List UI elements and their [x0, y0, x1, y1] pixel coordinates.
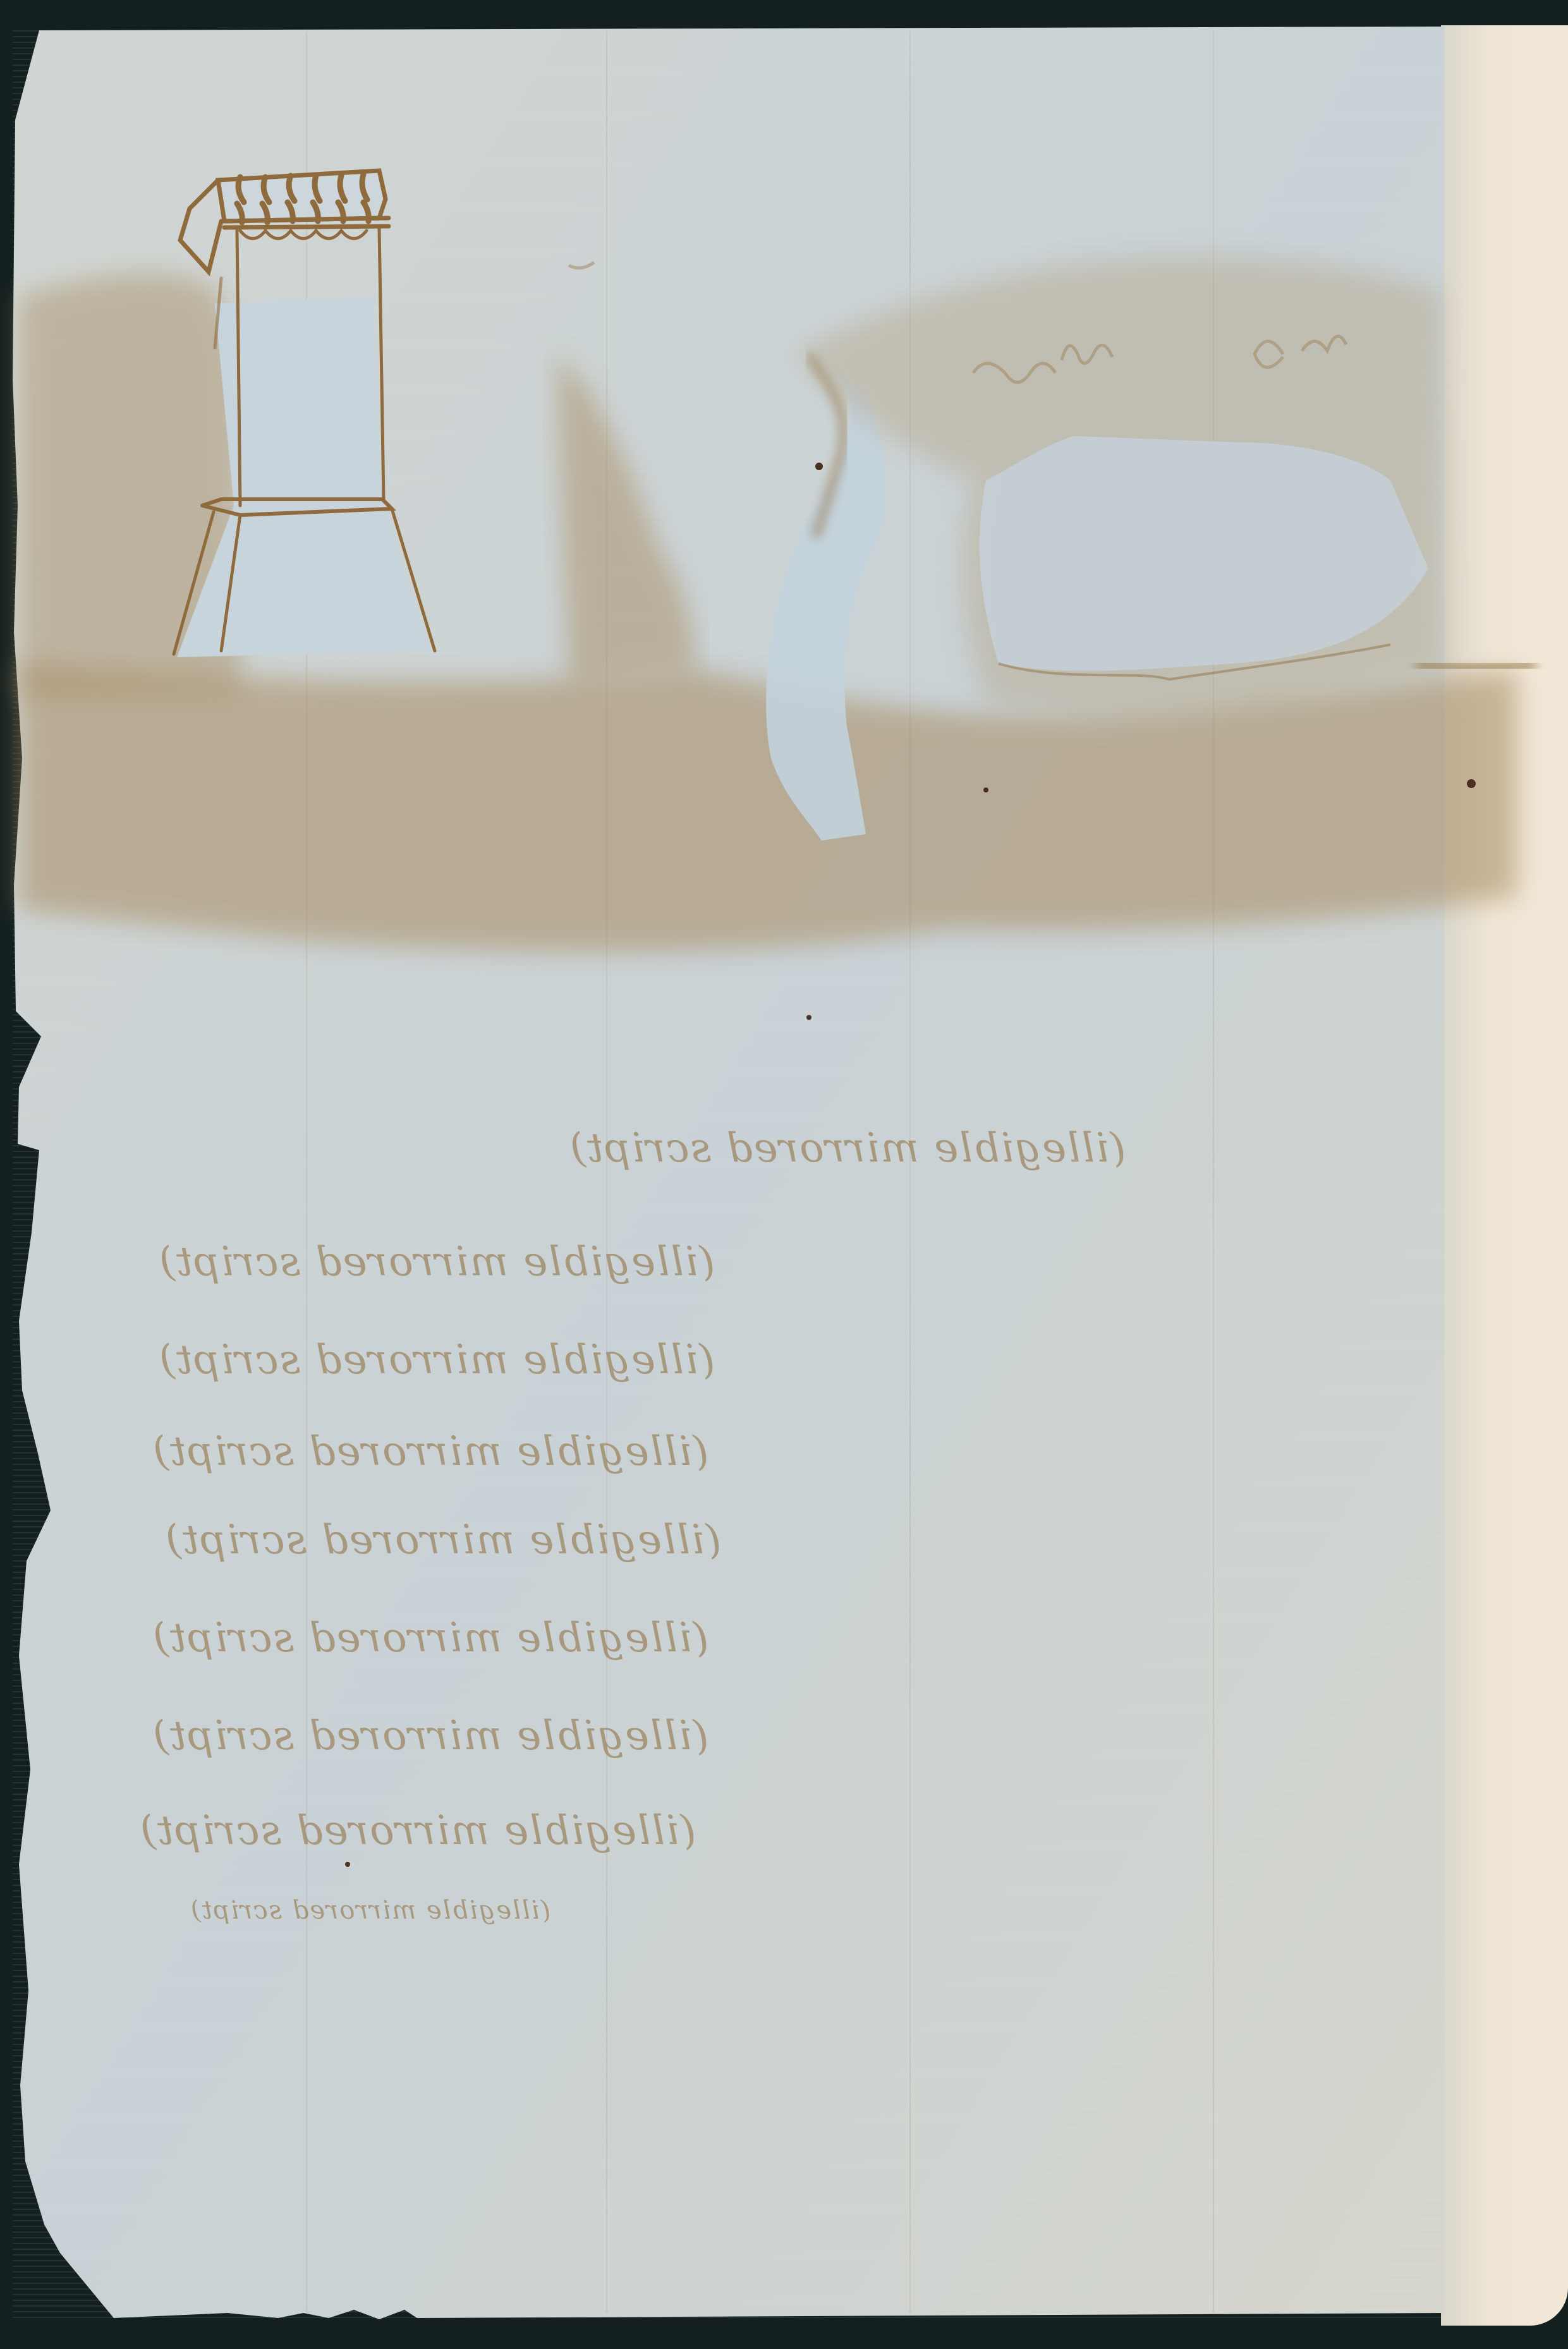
script-line: (illegible mirrored script): [152, 1428, 708, 1475]
script-line: (illegible mirrored script): [190, 1896, 550, 1925]
scan-background: (illegible mirrored script) (illegible m…: [0, 0, 1568, 2349]
script-line: (illegible mirrored script): [152, 1615, 708, 1661]
script-line: (illegible mirrored script): [139, 1807, 696, 1854]
script-line: (illegible mirrored script): [152, 1713, 708, 1759]
script-line: (illegible mirrored script): [569, 1125, 1126, 1172]
manuscript-page: (illegible mirrored script) (illegible m…: [0, 0, 1568, 2349]
script-line: (illegible mirrored script): [158, 1239, 715, 1285]
page-artwork: [0, 0, 1568, 2349]
script-line: (illegible mirrored script): [158, 1337, 715, 1383]
script-line: (illegible mirrored script): [164, 1517, 721, 1563]
